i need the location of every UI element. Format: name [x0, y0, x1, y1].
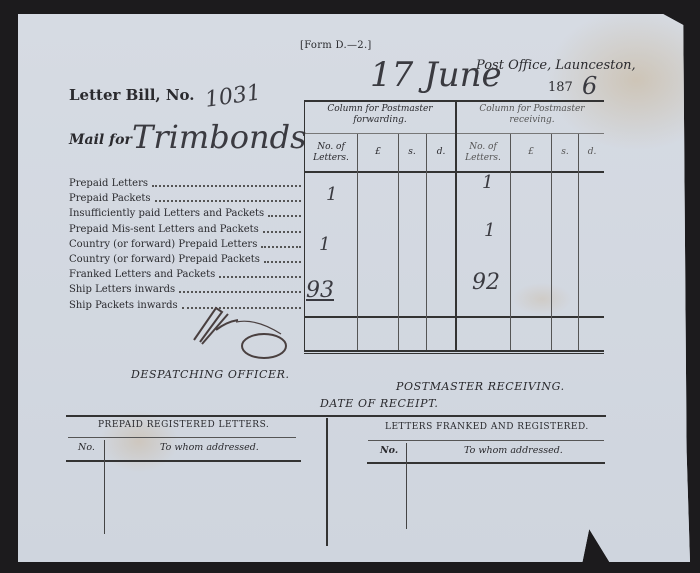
date-of-receipt-label: DATE OF RECEIPT. [320, 397, 439, 410]
forwarding-value: 1 [319, 234, 330, 255]
form-number: [Form D.—2.] [300, 40, 372, 51]
prepaid-registered-title: PREPAID REGISTERED LETTERS. [98, 420, 269, 430]
receiving-total: 92 [472, 270, 500, 295]
section-divider [326, 418, 328, 546]
list-item: Ship Letters inwards [69, 282, 301, 297]
col-to-whom: To whom addressed. [464, 445, 563, 456]
mail-for-destination: Trimbonds [132, 118, 306, 156]
col-pounds: £ [360, 147, 396, 158]
list-item: Insufficiently paid Letters and Packets [69, 206, 301, 221]
col-pounds: £ [512, 147, 550, 158]
item-list: Prepaid Letters Prepaid Packets Insuffic… [69, 176, 301, 313]
col-to-whom: To whom addressed. [160, 442, 259, 453]
divider [66, 415, 606, 417]
col-no-letters: No. of Letters. [306, 142, 356, 164]
forwarding-header: Column for Postmaster forwarding. [310, 104, 450, 126]
col-shillings: s. [553, 147, 577, 158]
divider [66, 460, 301, 462]
list-item: Prepaid Letters [69, 176, 301, 191]
divider [406, 443, 407, 529]
col-no: No. [380, 445, 398, 456]
postmaster-receiving-label: POSTMASTER RECEIVING. [396, 380, 565, 393]
handwritten-year: 6 [582, 72, 597, 100]
list-item: Prepaid Mis-sent Letters and Packets [69, 222, 301, 237]
forwarding-value: 1 [326, 184, 337, 205]
despatching-officer-signature [186, 300, 296, 362]
receiving-value: 1 [482, 172, 493, 193]
col-pence: d. [428, 147, 454, 158]
list-item: Country (or forward) Prepaid Letters [69, 237, 301, 252]
divider [68, 437, 296, 438]
col-no-letters: No. of Letters. [458, 142, 508, 164]
divider [367, 462, 605, 464]
receiving-value: 1 [484, 220, 495, 241]
col-no: No. [78, 442, 95, 453]
list-item: Country (or forward) Prepaid Packets [69, 252, 301, 267]
divider [104, 440, 105, 534]
handwritten-date: 17 June [370, 55, 502, 95]
despatching-officer-label: DESPATCHING OFFICER. [131, 368, 290, 381]
receiving-header: Column for Postmaster receiving. [462, 104, 602, 126]
franked-registered-title: LETTERS FRANKED AND REGISTERED. [385, 422, 589, 432]
divider [368, 440, 604, 441]
list-item: Franked Letters and Packets [69, 267, 301, 282]
letter-bill-title: Letter Bill, No. [69, 86, 195, 104]
list-item: Prepaid Packets [69, 191, 301, 206]
mail-for-label: Mail for [69, 132, 132, 148]
postmaster-table: Column for Postmaster forwarding. Column… [304, 100, 604, 354]
col-shillings: s. [400, 147, 424, 158]
col-pence: d. [580, 147, 604, 158]
forwarding-total: 93 [306, 278, 334, 303]
printed-year: 187 [548, 80, 573, 95]
